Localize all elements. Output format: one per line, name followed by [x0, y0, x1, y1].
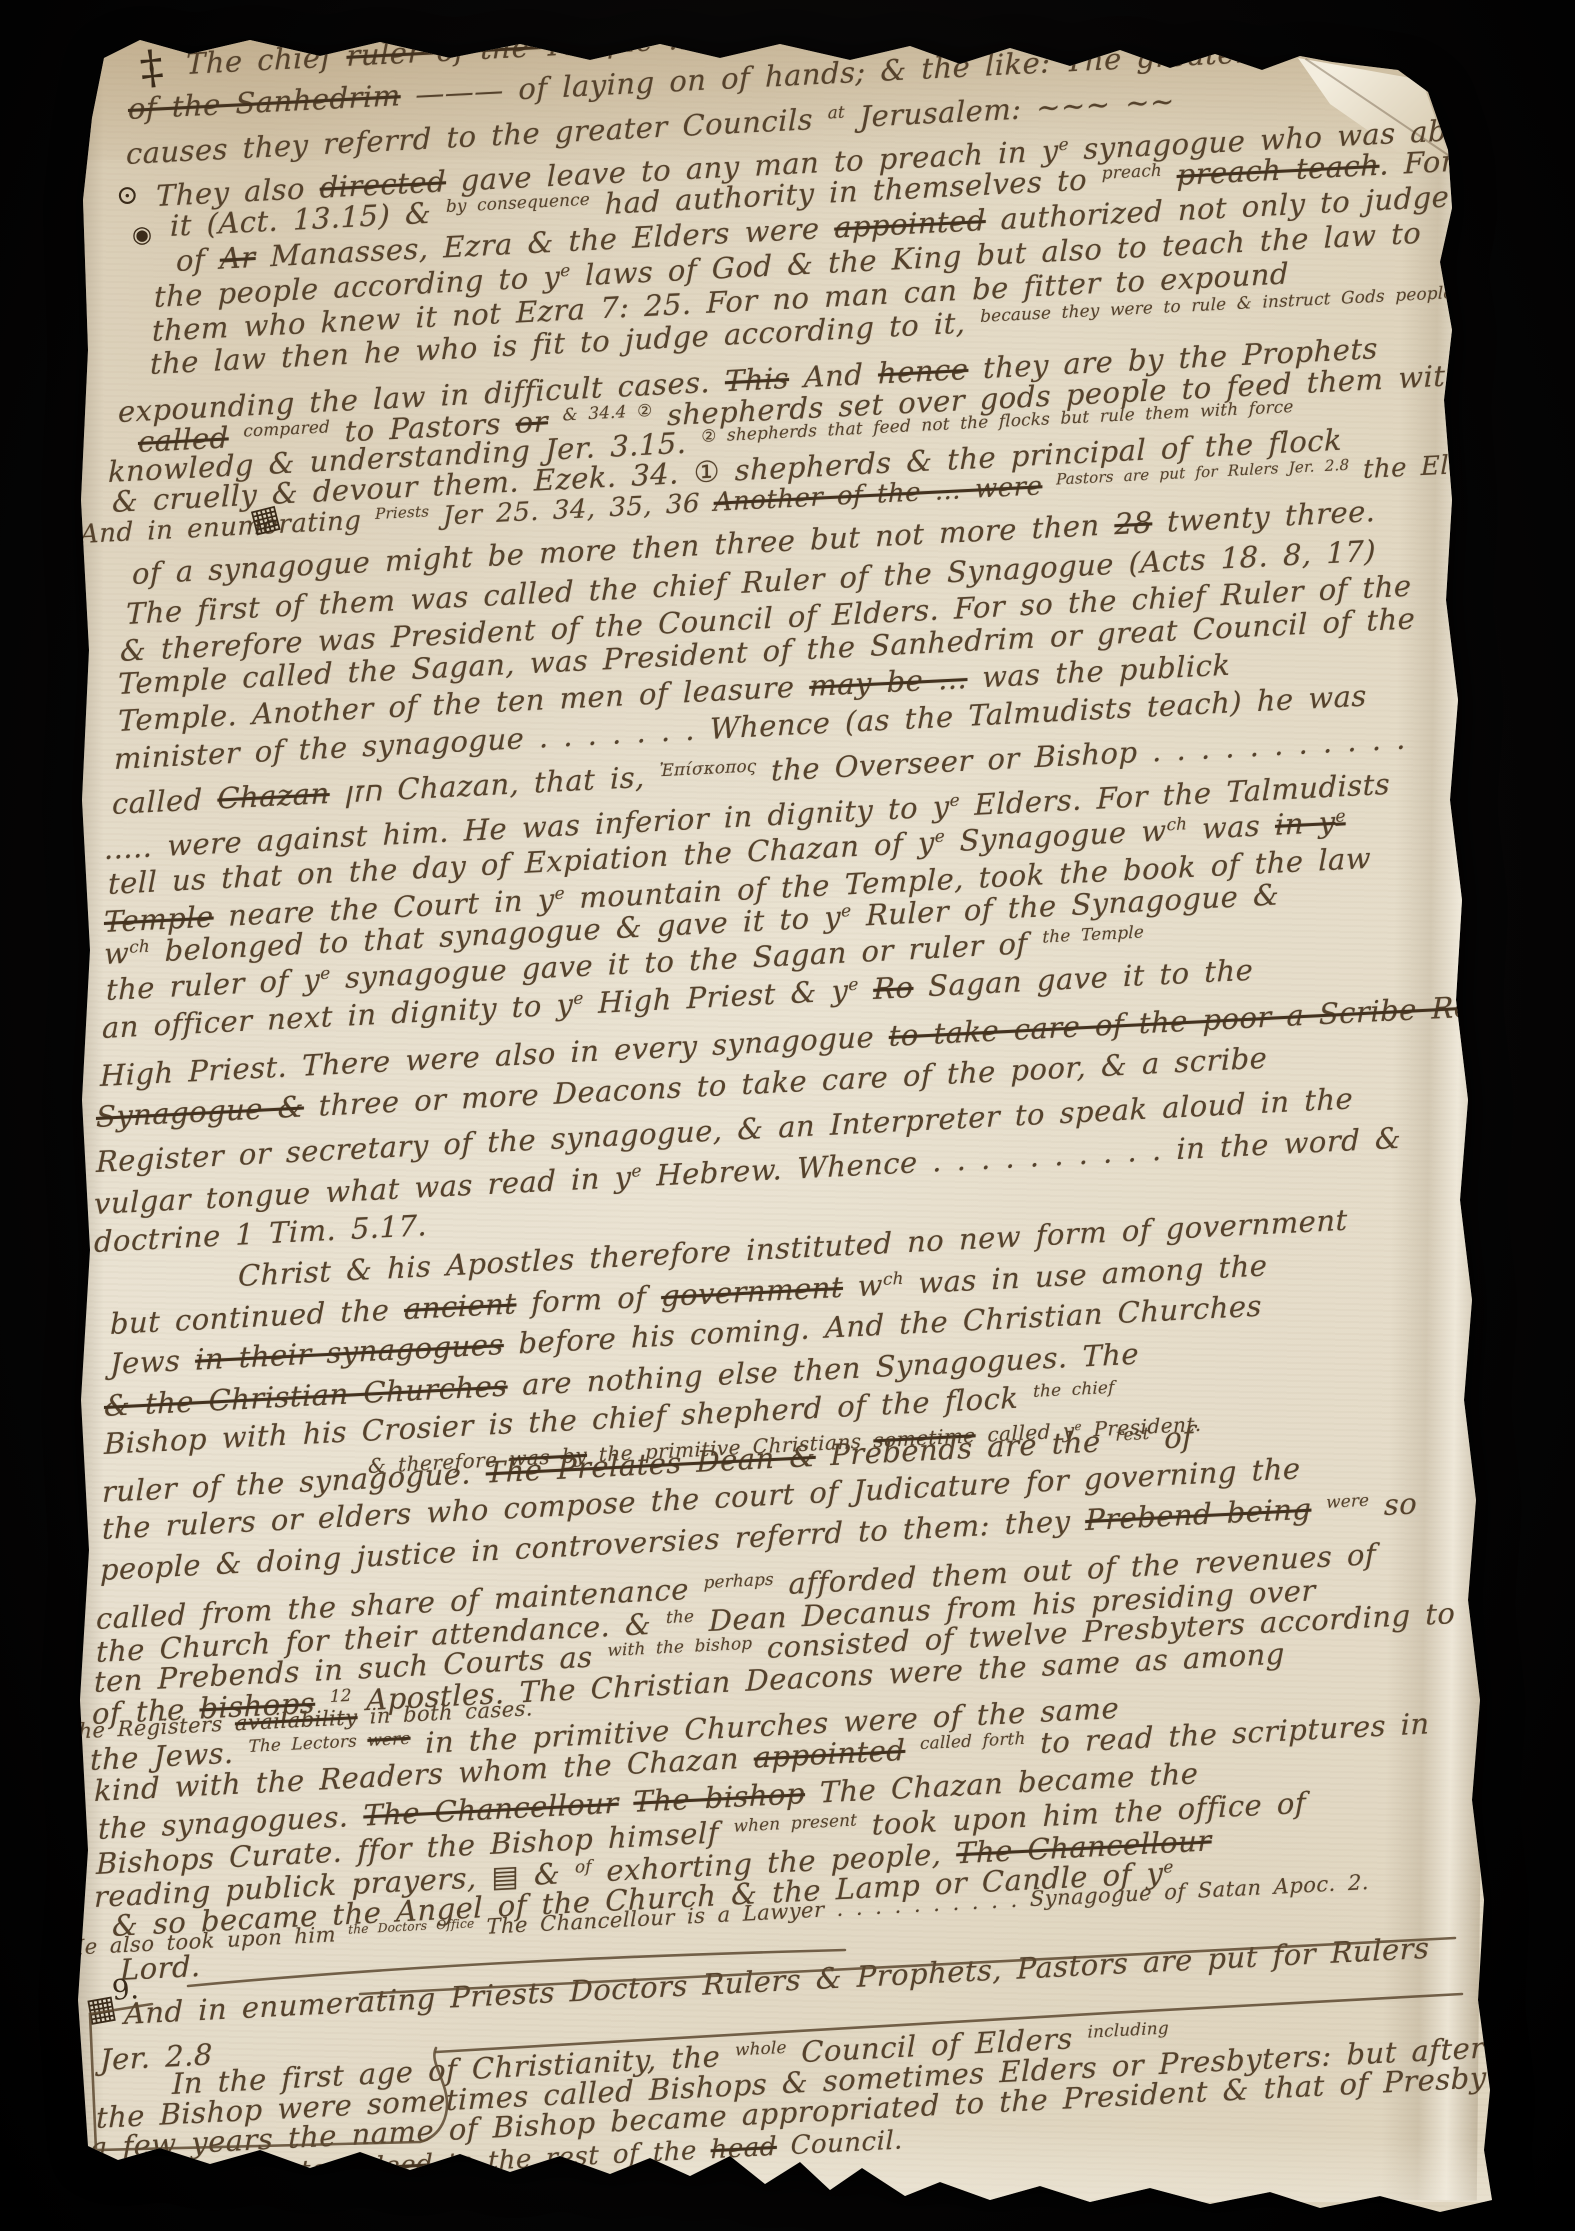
manuscript-page: And in …The chief ruler of the Temple …,… — [0, 0, 1575, 2231]
photo-backdrop: And in …The chief ruler of the Temple …,… — [0, 0, 1575, 2231]
manuscript-line: And in enumerating Priests Doctors Ruler… — [124, 1934, 1429, 2029]
circle-dot-mark: ⊙ — [116, 182, 139, 209]
paper-shadow-wrap: And in …The chief ruler of the Temple …,… — [0, 0, 1575, 2231]
ink-scribble-mark: ◉ — [132, 224, 152, 247]
manuscript-line: And in … — [212, 24, 300, 44]
crosshatch-dagger-mark: ‡ — [138, 43, 166, 91]
numeral-nine-mark: 9. — [111, 1975, 140, 2005]
